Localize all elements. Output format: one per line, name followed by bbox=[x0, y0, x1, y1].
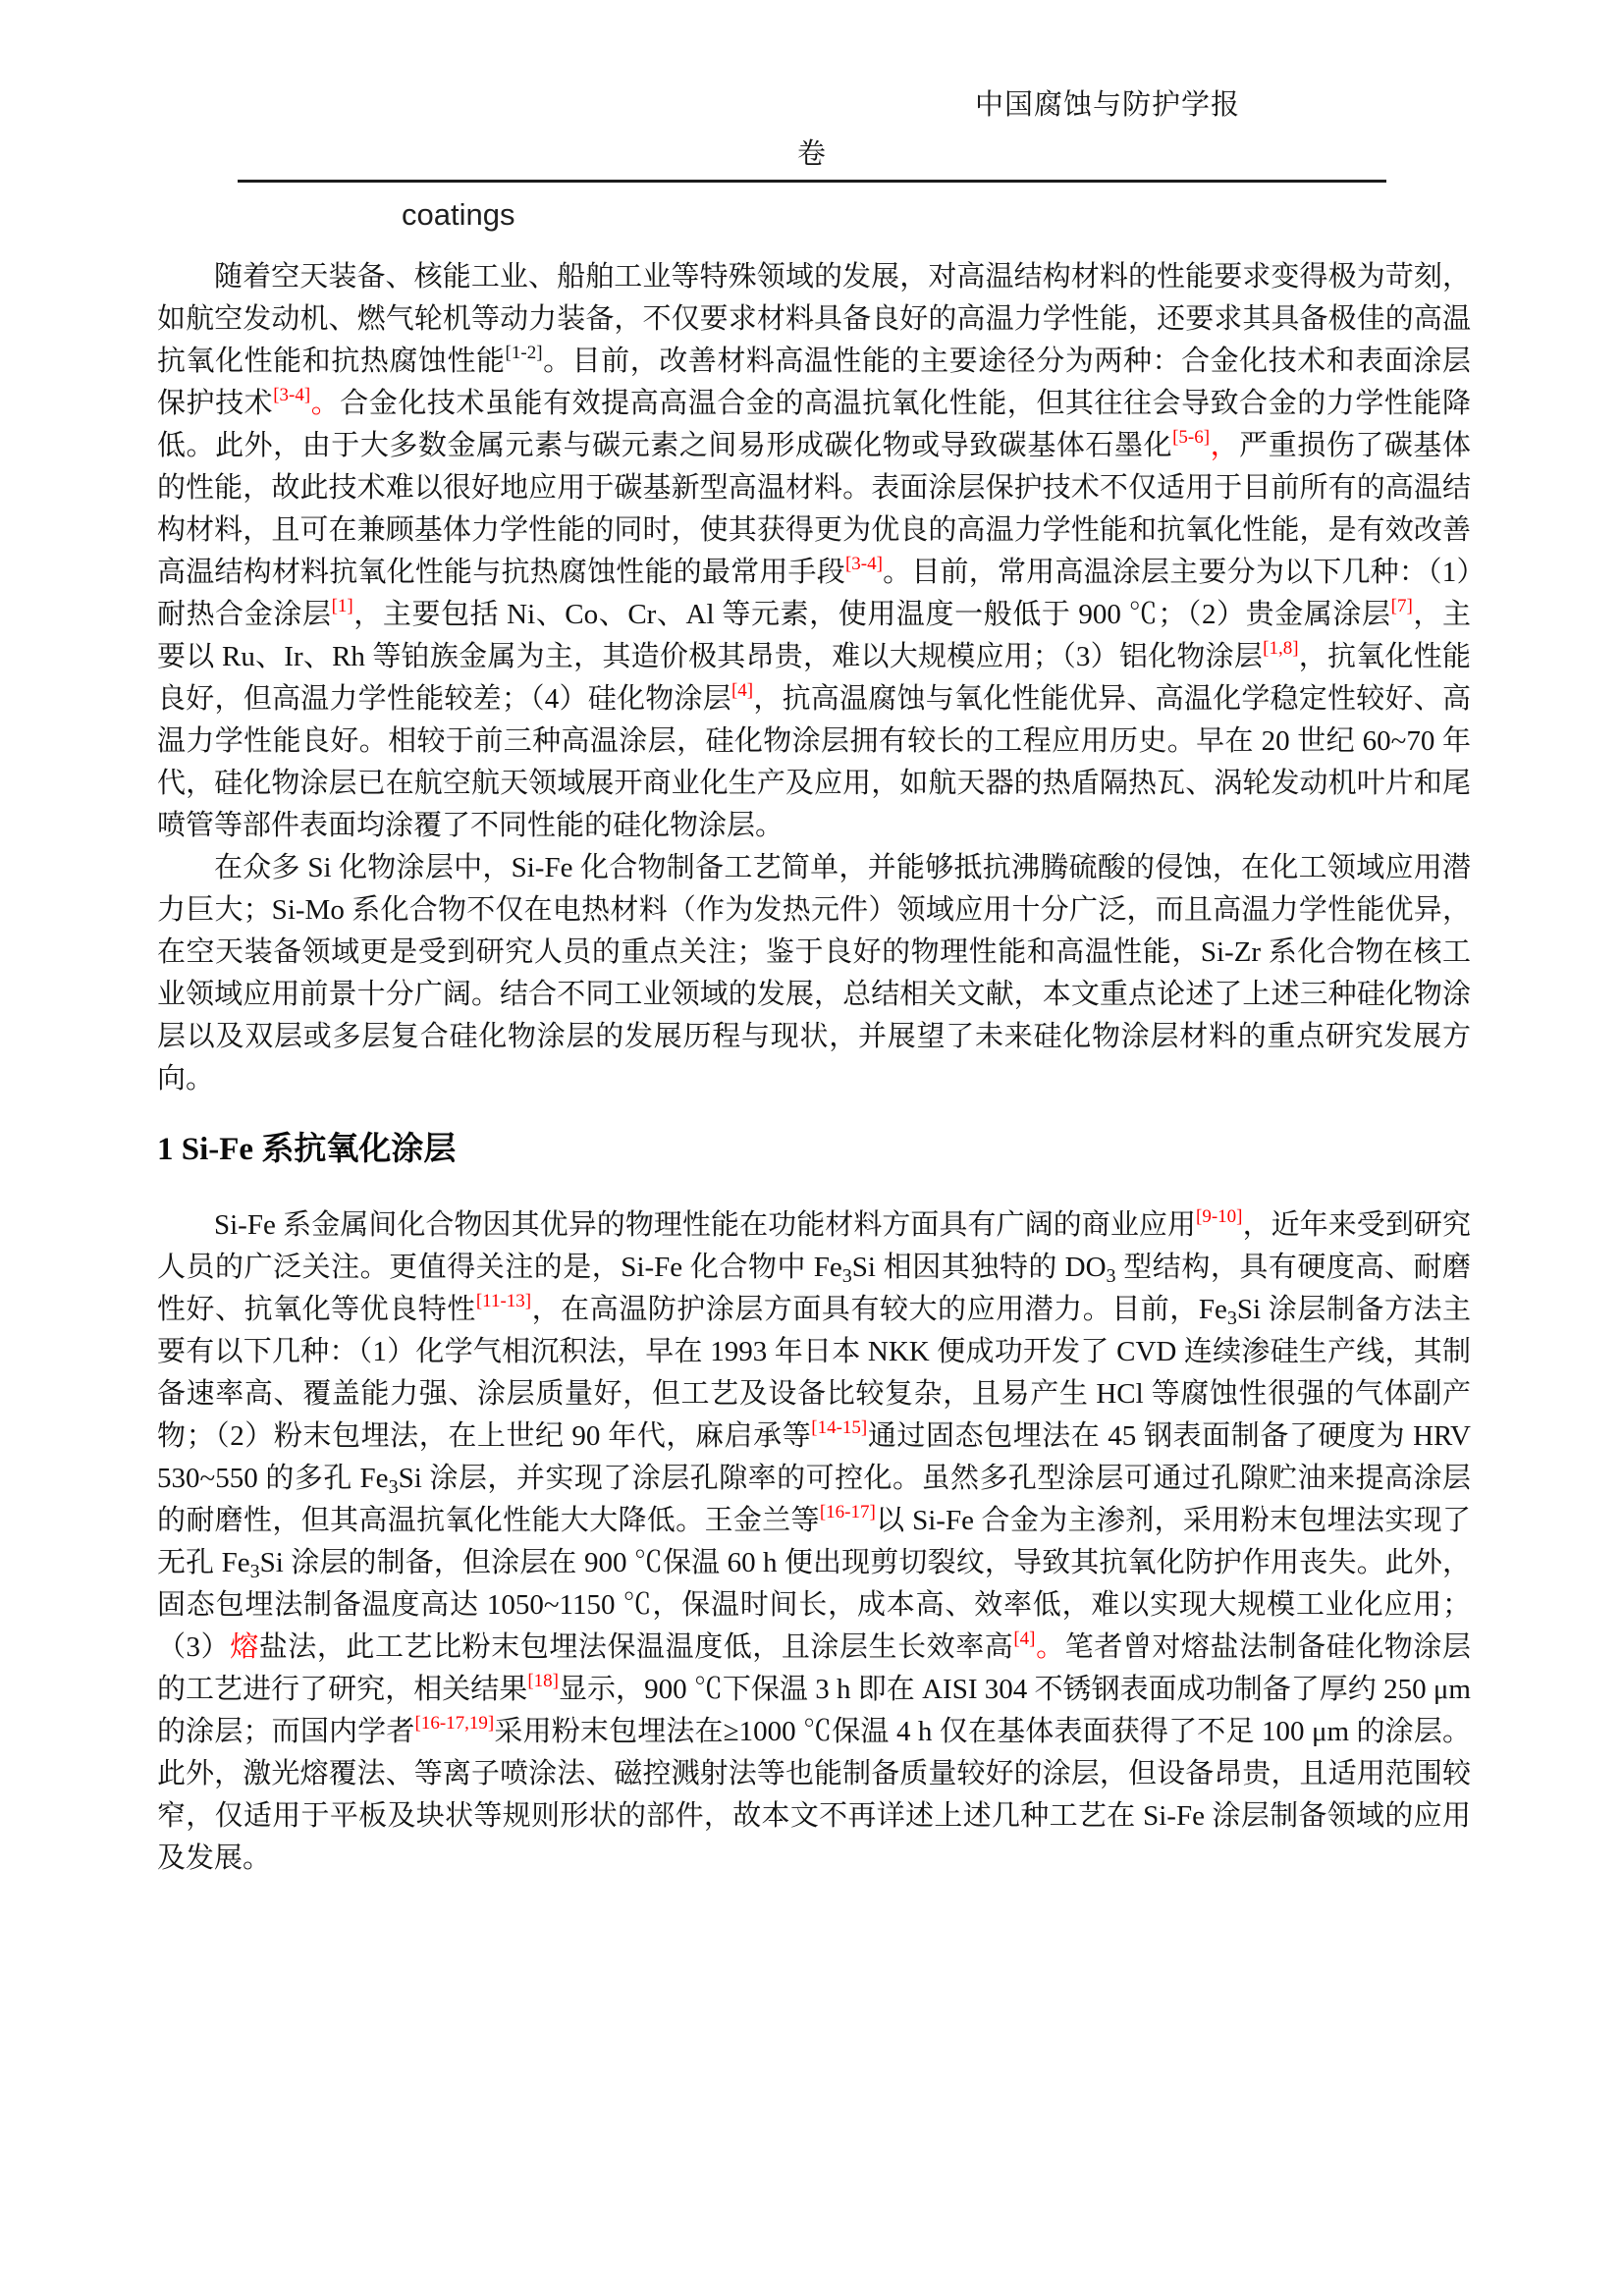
document-body: 随着空天装备、核能工业、船舶工业等特殊领域的发展，对高温结构材料的性能要求变得极… bbox=[157, 256, 1471, 1880]
citation-marker: [4] bbox=[731, 680, 753, 701]
citation-marker: [1] bbox=[332, 596, 353, 616]
section-heading: 1 Si-Fe 系抗氧化涂层 bbox=[157, 1128, 1471, 1172]
citation-marker: [18] bbox=[527, 1671, 559, 1691]
intro-paragraph-2: 在众多 Si 化物涂层中，Si-Fe 化合物制备工艺简单，并能够抵抗沸腾硫酸的侵… bbox=[157, 847, 1471, 1100]
text-run: 。 bbox=[1036, 1631, 1065, 1663]
citation-marker: [1,8] bbox=[1263, 638, 1298, 659]
chemical-subscript: 3 bbox=[842, 1265, 852, 1287]
header-divider bbox=[238, 180, 1386, 183]
journal-title: 中国腐蚀与防护学报 bbox=[975, 82, 1240, 123]
citation-marker: [16-17,19] bbox=[415, 1713, 495, 1734]
citation-marker: [5-6] bbox=[1172, 427, 1210, 448]
citation-marker: [3-4] bbox=[273, 385, 310, 405]
section1-paragraph-1: Si-Fe 系金属间化合物因其优异的物理性能在功能材料方面具有广阔的商业应用[9… bbox=[157, 1204, 1471, 1880]
manuscript-page: { "page": { "colors": { "citation_red": … bbox=[0, 0, 1623, 2296]
citation-marker: [16-17] bbox=[820, 1502, 876, 1522]
chemical-subscript: 3 bbox=[389, 1476, 399, 1498]
chemical-subscript: 3 bbox=[1107, 1265, 1116, 1287]
citation-marker: [3-4] bbox=[845, 554, 883, 574]
text-run: 盐法，此工艺比粉末包埋法保温温度低，且涂层生长效率高 bbox=[259, 1631, 1014, 1663]
citation-marker: [9-10] bbox=[1196, 1206, 1242, 1227]
citation-marker: [7] bbox=[1391, 596, 1413, 616]
text-run: Si 相因其独特的 DO bbox=[852, 1252, 1107, 1283]
chemical-subscript: 3 bbox=[1227, 1308, 1237, 1329]
text-run: ，主要包括 Ni、Co、Cr、Al 等元素，使用温度一般低于 900 ℃；（2）… bbox=[353, 599, 1391, 630]
text-run: 在众多 Si 化物涂层中，Si-Fe 化合物制备工艺简单，并能够抵抗沸腾硫酸的侵… bbox=[157, 852, 1471, 1095]
citation-marker: [14-15] bbox=[811, 1417, 867, 1438]
citation-marker: [11-13] bbox=[476, 1291, 531, 1311]
text-run: ，在高温防护涂层方面具有较大的应用潜力。目前，Fe bbox=[531, 1294, 1227, 1325]
text-run: 熔 bbox=[230, 1631, 259, 1663]
citation-marker: [1-2] bbox=[506, 343, 543, 363]
text-run: ， bbox=[1210, 430, 1239, 461]
citation-marker: [4] bbox=[1013, 1629, 1035, 1649]
text-run: Si-Fe 系金属间化合物因其优异的物理性能在功能材料方面具有广阔的商业应用 bbox=[214, 1209, 1196, 1241]
intro-paragraph-1: 随着空天装备、核能工业、船舶工业等特殊领域的发展，对高温结构材料的性能要求变得极… bbox=[157, 256, 1471, 847]
volume-label: 卷 bbox=[0, 132, 1623, 172]
text-run: 。 bbox=[310, 388, 340, 419]
chemical-subscript: 3 bbox=[250, 1561, 260, 1582]
coatings-label: coatings bbox=[402, 197, 514, 233]
